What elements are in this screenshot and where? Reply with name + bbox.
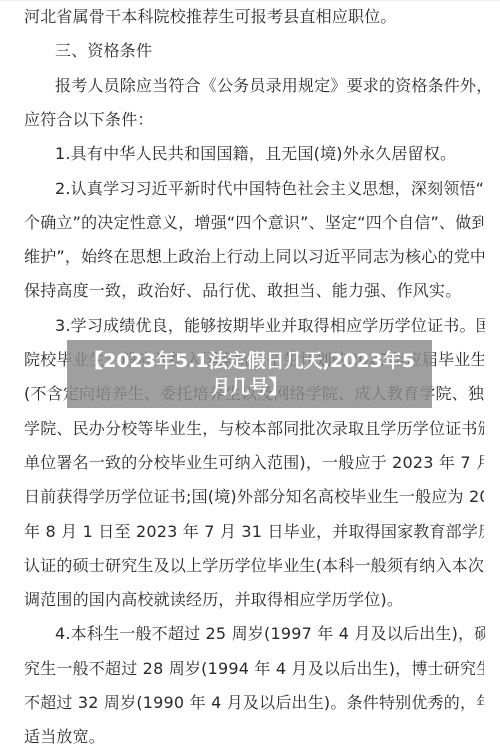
text-line: 学院、民办分校等毕业生，与校本部同批次录取且学历学位证书颁发 [24,417,484,441]
text-line: 保持高度一致，政治好、品行优、敢担当、能力强、作风实。 [24,279,484,303]
text-line: 报考人员除应当符合《公务员录用规定》要求的资格条件外，还 [55,74,485,98]
overlay-title: 【2023年5.1法定假日几天,2023年5月几号】 [80,348,420,400]
text-line: 认证的硕士研究生及以上学历学位毕业生(本科一般须有纳入本次选 [24,554,484,578]
text-line: 适当放宽。 [24,725,484,749]
text-line: 究生一般不超过 28 周岁(1994 年 4 月及以后出生)，博士研究生一般 [24,657,484,681]
section-heading: 三、资格条件 [55,39,485,63]
text-line: 调范围的国内高校就读经历，并取得相应学历学位)。 [24,588,484,612]
text-line: 1.具有中华人民共和国国籍，且无国(境)外永久居留权。 [55,142,485,166]
text-line: 3.学习成绩优良，能够按期毕业并取得相应学历学位证书。国内 [55,314,485,338]
text-line: 应符合以下条件： [24,108,484,132]
text-line: 单位署名一致的分校毕业生可纳入范围)，一般应于 2023 年 7 月 31 [24,451,484,475]
text-line: 个确立”的决定性意义，增强“四个意识”、坚定“四个自信”、做到“两个 [24,211,484,235]
document-page: 河北省属骨干本科院校推荐生可报考县直相应职位。 三、资格条件 报考人员除应当符合… [0,0,500,753]
top-divider [0,0,500,1]
text-line: 河北省属骨干本科院校推荐生可报考县直相应职位。 [24,5,484,29]
text-line: 年 8 月 1 日至 2023 年 7 月 31 日毕业，并取得国家教育部学历学… [24,520,484,544]
text-line: 维护”，始终在思想上政治上行动上同以习近平同志为核心的党中央 [24,245,484,269]
text-line: 4.本科生一般不超过 25 周岁(1997 年 4 月及以后出生)，硕士研 [55,622,485,646]
text-line: 日前获得学历学位证书;国(境)外部分知名高校毕业生一般应为 2022 [24,485,484,509]
text-line: 2.认真学习习近平新时代中国特色社会主义思想，深刻领悟“两 [55,177,485,201]
title-overlay-banner[interactable]: 【2023年5.1法定假日几天,2023年5月几号】 [67,340,432,408]
text-line: 不超过 32 周岁(1990 年 4 月及以后出生)。条件特别优秀的，年龄可 [24,691,484,715]
